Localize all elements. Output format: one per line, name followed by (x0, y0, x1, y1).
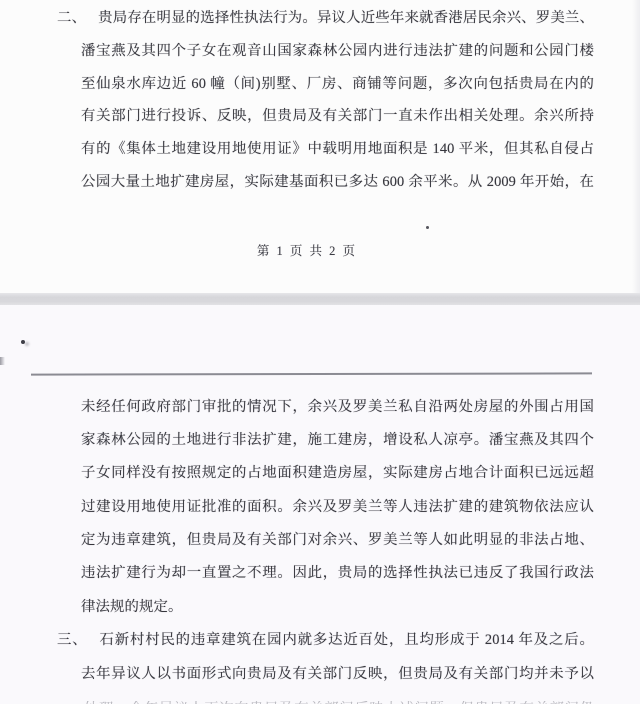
document-page-2: 未经任何政府部门审批的情况下，余兴及罗美兰私自沿两处房屋的外围占用国 家森林公园… (0, 305, 640, 704)
ink-speck (21, 340, 25, 344)
text-line: 至仙泉水库边近 60 幢（间)别墅、厂房、商铺等问题，多次向包括贵局在内的 (81, 68, 594, 101)
text-run: 贵局存在明显的选择性执法行为。异议人近些年来就香港居民余兴、罗美兰、 (98, 10, 594, 26)
text-line: 违法扩建行为却一直置之不理。因此，贵局的选择性执法已违反了我国行政法 (81, 557, 594, 590)
text-line: 子女同样没有按照规定的占地面积建造房屋，实际建房占地合计面积已远远超 (81, 457, 594, 490)
page-2-body: 未经任何政府部门审批的情况下，余兴及罗美兰私自沿两处房屋的外围占用国 家森林公园… (0, 391, 640, 692)
page-number-footer: 第 1 页 共 2 页 (0, 243, 614, 259)
text-line: 过建设用地使用证批准的面积。余兴及罗美兰等人违法扩建的建筑物依法应认 (81, 491, 594, 524)
text-line: 定为违章建筑，但贵局及有关部门对余兴、罗美兰等人如此明显的非法占地、 (81, 524, 594, 557)
text-run: 石新村村民的违章建筑在园内就多达近百处，且均形成于 2014 年及之后。 (99, 632, 594, 648)
scan-artifact (0, 357, 5, 365)
text-line: 有的《集体土地建设用地使用证》中载明用地面积是 140 平米，但其私自侵占 (81, 133, 594, 166)
page-1-body: 二、贵局存在明显的选择性执法行为。异议人近些年来就香港居民余兴、罗美兰、 潘宝燕… (0, 0, 640, 199)
text-line: 二、贵局存在明显的选择性执法行为。异议人近些年来就香港居民余兴、罗美兰、 (57, 2, 594, 35)
document-page-1: 二、贵局存在明显的选择性执法行为。异议人近些年来就香港居民余兴、罗美兰、 潘宝燕… (0, 0, 640, 293)
header-rule (31, 372, 592, 375)
text-line: 三、石新村村民的违章建筑在园内就多达近百处，且均形成于 2014 年及之后。 (57, 624, 594, 657)
page-separator (0, 293, 640, 305)
text-line: 去年异议人以书面形式向贵局及有关部门反映，但贵局及有关部门均并未予以 (81, 658, 594, 691)
text-line: 家森林公园的土地进行非法扩建，施工建房，增设私人凉亭。潘宝燕及其四个 (81, 424, 594, 457)
ink-speck (426, 226, 429, 229)
text-line: 公园大量土地扩建房屋，实际建基面积已多达 600 余平米。从 2009 年开始，… (81, 166, 594, 199)
text-line: 未经任何政府部门审批的情况下，余兴及罗美兰私自沿两处房屋的外围占用国 (81, 391, 594, 424)
text-line: 有关部门进行投诉、反映，但贵局及有关部门一直未作出相关处理。余兴所持 (81, 100, 594, 133)
paragraph-number: 三、 (57, 632, 87, 648)
paragraph-number: 二、 (57, 10, 86, 26)
text-line: 潘宝燕及其四个子女在观音山国家森林公园内进行违法扩建的问题和公园门楼 (81, 35, 594, 68)
text-line: 律法规的规定。 (81, 591, 594, 624)
